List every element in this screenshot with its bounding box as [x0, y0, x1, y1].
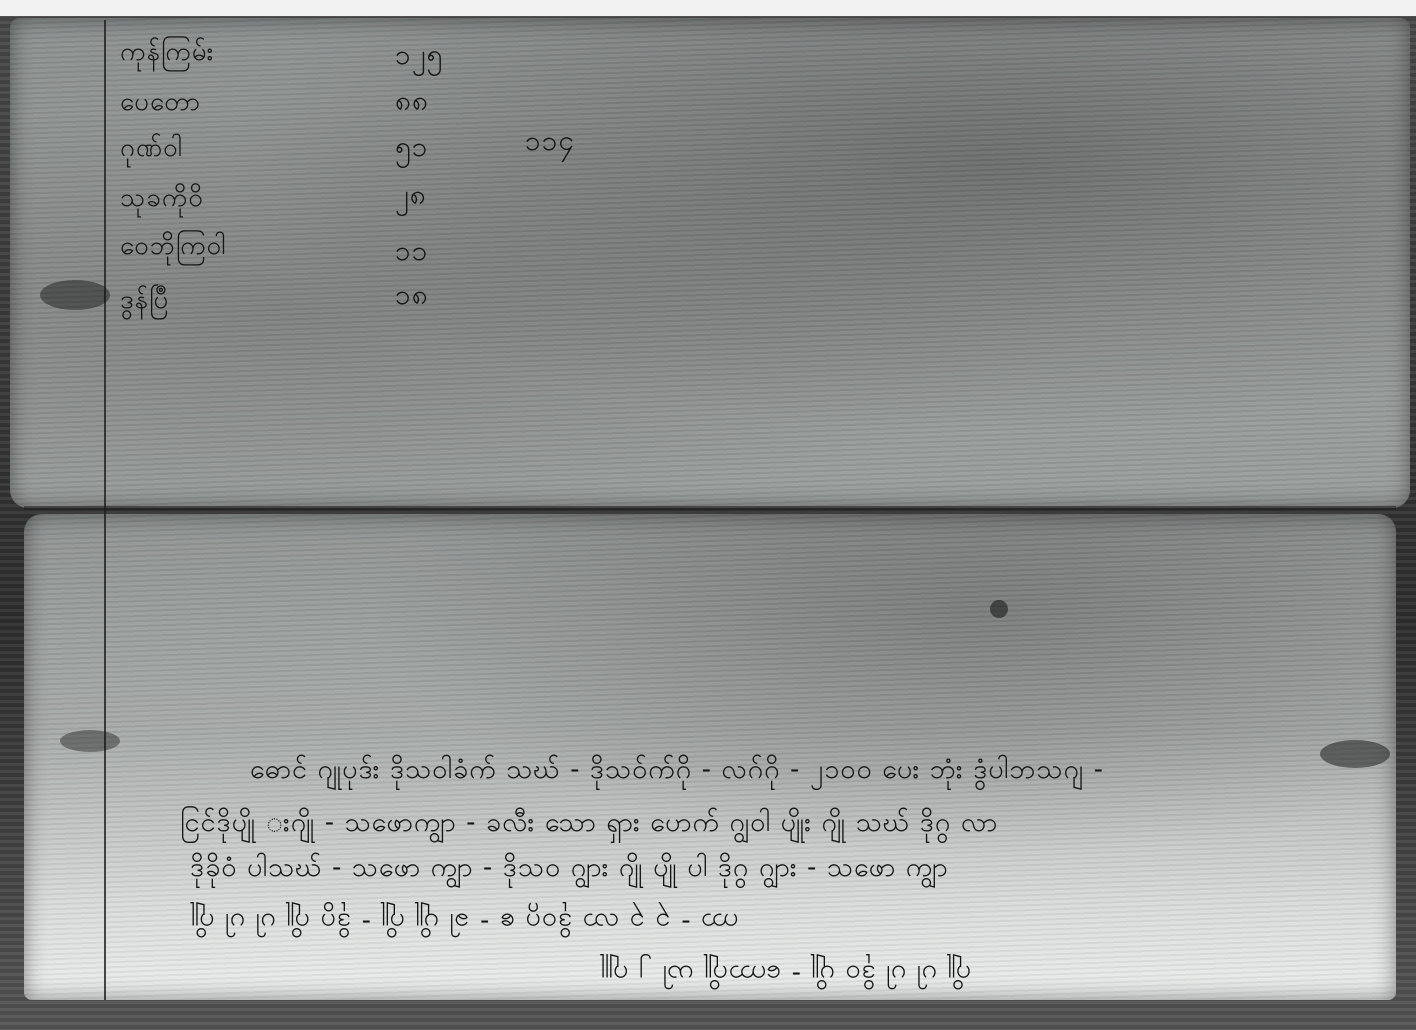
text-line-3: ဒိုခိုဝံ ပါသဃ် - သဖော ကျွာ - ဒိုသဝ ဂျွား…: [190, 850, 949, 890]
panel-seam: [24, 506, 1396, 510]
text-line-5-inverted: ဂျို ပါ ပါ ဒိုဝ ပျို - ကောဂျို ယါ ၂ ဂျူ: [600, 952, 971, 992]
ledger-label: သုခကိုဝိ: [120, 180, 204, 219]
ink-stain: [990, 600, 1008, 618]
text-line-1: ဓောင် ဂျုပုဒ်း ဒိုသဝါခံက် သဃ် - ဒိုသဝ်က်…: [250, 752, 1104, 792]
ledger-label: ဂုဏ်ဝါ: [120, 130, 183, 169]
ledger-extra-amount: ၁၁၄: [525, 122, 575, 164]
ledger-label: ပေတော: [120, 84, 201, 123]
text-line-4-inverted: ကာ - ၃ ၃ လာ ဒိုဝဂ္ဂ ဧ - ခါ ပျို ဂျို - ဒ…: [190, 900, 739, 940]
ledger-label: ကုန်ကြမ်း: [120, 34, 214, 73]
margin-rule-line: [104, 20, 106, 1000]
ink-stain: [40, 280, 110, 310]
ledger-label: ဝေဘိုကြဝါ: [120, 228, 227, 267]
top-background-strip: [0, 0, 1416, 16]
ledger-amount: ၂၈: [395, 176, 427, 218]
ledger-amount: ၁၁: [395, 232, 429, 274]
ink-stain: [1320, 740, 1390, 768]
ledger-amount: ၅၁: [395, 128, 429, 170]
ledger-label: ဒွန်ပြဳ: [120, 282, 169, 321]
ledger-amount: ၈၈: [395, 82, 429, 124]
ledger-amount: ၁၈: [395, 276, 429, 318]
text-line-2: ငြင်ဒိုပျို းဂျို - သဖောကျွာ - ခလီး သော …: [180, 805, 998, 845]
ink-stain: [60, 730, 120, 752]
ledger-amount: ၁၂၅: [395, 36, 443, 78]
